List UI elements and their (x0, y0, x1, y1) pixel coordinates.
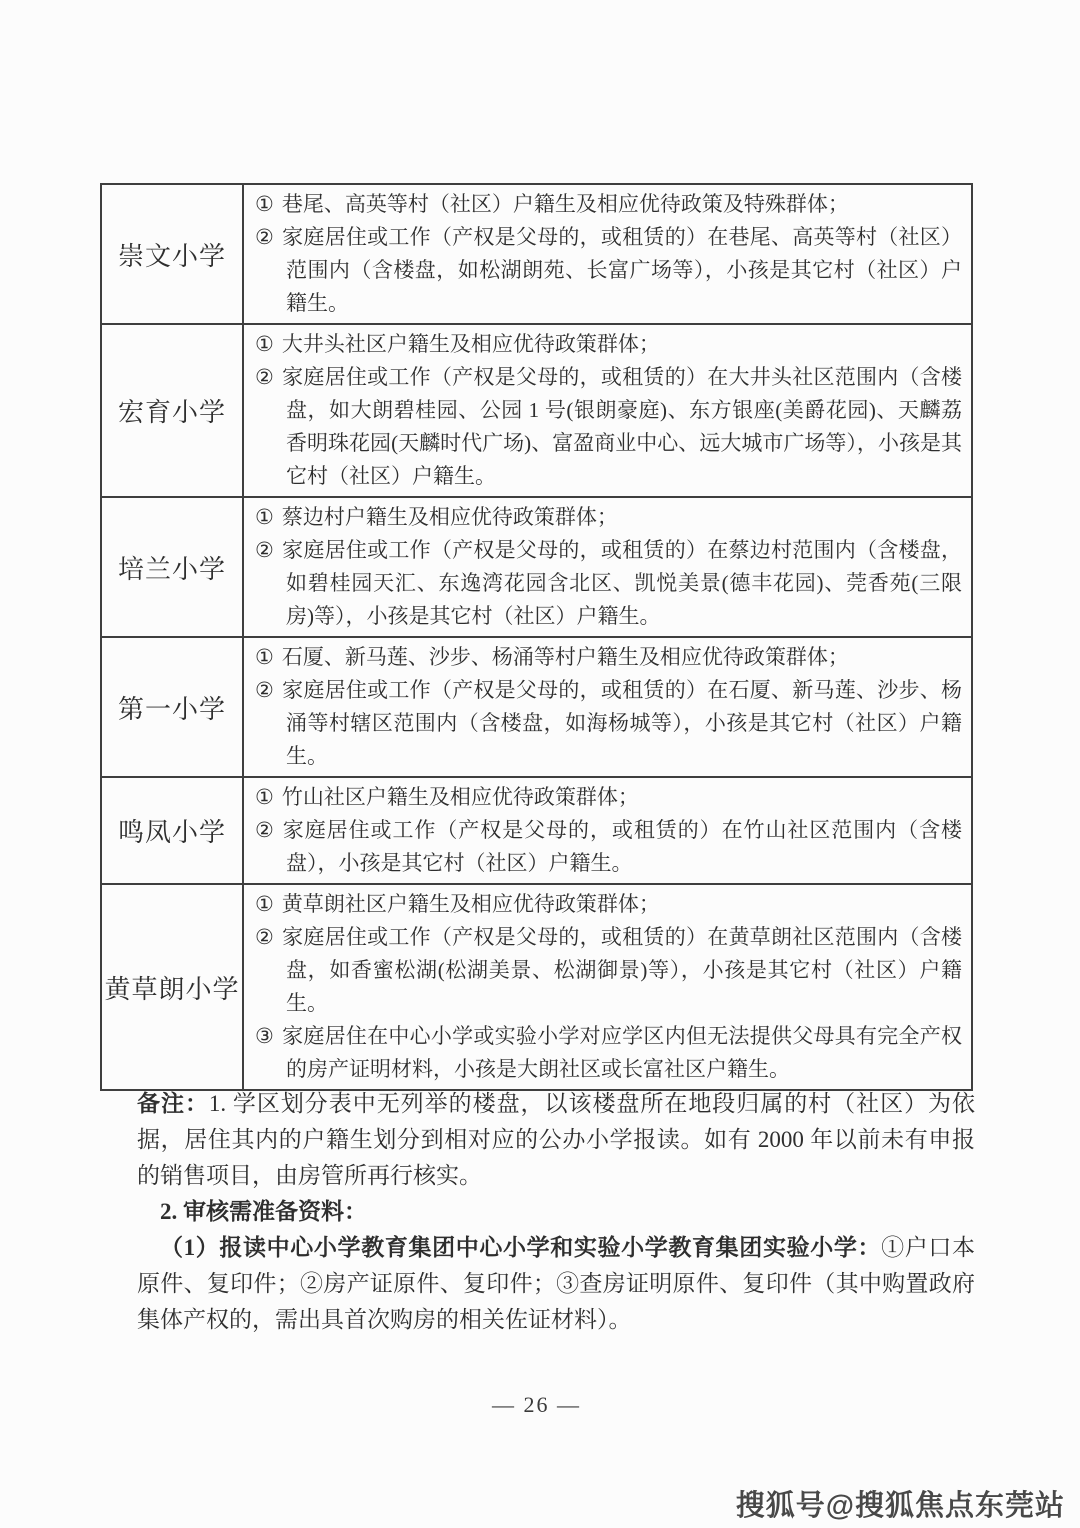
school-name: 崇文小学 (118, 236, 226, 273)
criteria-text: 家庭居住或工作（产权是父母的，或租赁的）在蔡边村范围内（含楼盘，如碧桂园天汇、东… (282, 538, 962, 628)
school-criteria-cell: ①蔡边村户籍生及相应优待政策群体； ②家庭居住或工作（产权是父母的，或租赁的）在… (244, 498, 971, 636)
circled-number-icon: ① (255, 892, 274, 916)
note-materials-heading: 2. 审核需准备资料： (137, 1194, 975, 1230)
circled-number-icon: ① (255, 785, 274, 809)
table-row: 第一小学 ①石厦、新马莲、沙步、杨涌等村户籍生及相应优待政策群体； ②家庭居住或… (102, 636, 971, 776)
school-district-table: 崇文小学 ①巷尾、高英等村（社区）户籍生及相应优待政策及特殊群体； ②家庭居住或… (100, 183, 973, 1091)
circled-number-icon: ② (255, 678, 274, 702)
criteria-text: 黄草朗社区户籍生及相应优待政策群体； (282, 892, 660, 916)
circled-number-icon: ② (255, 365, 274, 389)
note-remark: 备注：1. 学区划分表中无列举的楼盘，以该楼盘所在地段归属的村（社区）为依据，居… (137, 1086, 975, 1194)
criteria-item: ③家庭居住在中心小学或实验小学对应学区内但无法提供父母具有完全产权的房产证明材料… (255, 1020, 962, 1086)
note-materials-detail: （1）报读中心小学教育集团中心小学和实验小学教育集团实验小学：①户口本原件、复印… (137, 1230, 975, 1338)
table-row: 鸣凤小学 ①竹山社区户籍生及相应优待政策群体； ②家庭居住或工作（产权是父母的，… (102, 776, 971, 883)
criteria-text: 家庭居住或工作（产权是父母的，或租赁的）在黄草朗社区范围内（含楼盘，如香蜜松湖(… (282, 925, 962, 1015)
criteria-item: ①大井头社区户籍生及相应优待政策群体； (255, 328, 962, 361)
table-row: 培兰小学 ①蔡边村户籍生及相应优待政策群体； ②家庭居住或工作（产权是父母的，或… (102, 496, 971, 636)
circled-number-icon: ③ (255, 1024, 274, 1048)
criteria-item: ②家庭居住或工作（产权是父母的，或租赁的）在竹山社区范围内（含楼盘），小孩是其它… (255, 814, 962, 880)
criteria-text: 家庭居住在中心小学或实验小学对应学区内但无法提供父母具有完全产权的房产证明材料，… (282, 1024, 962, 1081)
school-name-cell: 鸣凤小学 (102, 778, 244, 883)
criteria-text: 家庭居住或工作（产权是父母的，或租赁的）在石厦、新马莲、沙步、杨涌等村辖区范围内… (282, 678, 962, 768)
note-materials-lead: （1）报读中心小学教育集团中心小学和实验小学教育集团实验小学： (160, 1235, 881, 1260)
circled-number-icon: ① (255, 645, 274, 669)
school-name-cell: 黄草朗小学 (102, 885, 244, 1089)
school-criteria-cell: ①大井头社区户籍生及相应优待政策群体； ②家庭居住或工作（产权是父母的，或租赁的… (244, 325, 971, 496)
school-criteria-cell: ①石厦、新马莲、沙步、杨涌等村户籍生及相应优待政策群体； ②家庭居住或工作（产权… (244, 638, 971, 776)
circled-number-icon: ② (255, 925, 274, 949)
criteria-item: ①黄草朗社区户籍生及相应优待政策群体； (255, 888, 962, 921)
criteria-item: ①蔡边村户籍生及相应优待政策群体； (255, 501, 962, 534)
circled-number-icon: ① (255, 505, 274, 529)
criteria-text: 石厦、新马莲、沙步、杨涌等村户籍生及相应优待政策群体； (282, 645, 849, 669)
criteria-item: ②家庭居住或工作（产权是父母的，或租赁的）在黄草朗社区范围内（含楼盘，如香蜜松湖… (255, 921, 962, 1020)
school-criteria-cell: ①竹山社区户籍生及相应优待政策群体； ②家庭居住或工作（产权是父母的，或租赁的）… (244, 778, 971, 883)
criteria-item: ②家庭居住或工作（产权是父母的，或租赁的）在石厦、新马莲、沙步、杨涌等村辖区范围… (255, 674, 962, 773)
school-criteria-cell: ①黄草朗社区户籍生及相应优待政策群体； ②家庭居住或工作（产权是父母的，或租赁的… (244, 885, 971, 1089)
criteria-item: ①竹山社区户籍生及相应优待政策群体； (255, 781, 962, 814)
criteria-text: 巷尾、高英等村（社区）户籍生及相应优待政策及特殊群体； (282, 192, 849, 216)
note-remark-label: 备注： (137, 1091, 209, 1116)
criteria-item: ①巷尾、高英等村（社区）户籍生及相应优待政策及特殊群体； (255, 188, 962, 221)
note-remark-text: 1. 学区划分表中无列举的楼盘，以该楼盘所在地段归属的村（社区）为依据，居住其内… (137, 1091, 975, 1188)
school-name-cell: 崇文小学 (102, 185, 244, 323)
criteria-item: ②家庭居住或工作（产权是父母的，或租赁的）在蔡边村范围内（含楼盘，如碧桂园天汇、… (255, 534, 962, 633)
criteria-text: 家庭居住或工作（产权是父母的，或租赁的）在大井头社区范围内（含楼盘，如大朗碧桂园… (282, 365, 962, 488)
school-name-cell: 培兰小学 (102, 498, 244, 636)
school-name: 培兰小学 (118, 549, 226, 586)
criteria-item: ①石厦、新马莲、沙步、杨涌等村户籍生及相应优待政策群体； (255, 641, 962, 674)
criteria-text: 蔡边村户籍生及相应优待政策群体； (282, 505, 618, 529)
page-number: — 26 — (100, 1392, 973, 1418)
table-row: 黄草朗小学 ①黄草朗社区户籍生及相应优待政策群体； ②家庭居住或工作（产权是父母… (102, 883, 971, 1089)
circled-number-icon: ① (255, 192, 274, 216)
criteria-text: 竹山社区户籍生及相应优待政策群体； (282, 785, 639, 809)
circled-number-icon: ② (255, 818, 275, 842)
criteria-text: 家庭居住或工作（产权是父母的，或租赁的）在竹山社区范围内（含楼盘），小孩是其它村… (283, 818, 962, 875)
school-name-cell: 宏育小学 (102, 325, 244, 496)
table-row: 宏育小学 ①大井头社区户籍生及相应优待政策群体； ②家庭居住或工作（产权是父母的… (102, 323, 971, 496)
criteria-item: ②家庭居住或工作（产权是父母的，或租赁的）在巷尾、高英等村（社区）范围内（含楼盘… (255, 221, 962, 320)
school-name: 第一小学 (118, 689, 226, 726)
criteria-text: 家庭居住或工作（产权是父母的，或租赁的）在巷尾、高英等村（社区）范围内（含楼盘，… (282, 225, 962, 315)
school-name: 鸣凤小学 (118, 812, 226, 849)
circled-number-icon: ① (255, 332, 274, 356)
watermark-sohu-badge: 搜狐号@搜狐焦点东莞站 (736, 1483, 1065, 1524)
school-name: 宏育小学 (118, 392, 226, 429)
table-row: 崇文小学 ①巷尾、高英等村（社区）户籍生及相应优待政策及特殊群体； ②家庭居住或… (102, 185, 971, 323)
circled-number-icon: ② (255, 538, 274, 562)
school-name-cell: 第一小学 (102, 638, 244, 776)
criteria-text: 大井头社区户籍生及相应优待政策群体； (282, 332, 660, 356)
school-name: 黄草朗小学 (104, 969, 239, 1006)
notes-section: 备注：1. 学区划分表中无列举的楼盘，以该楼盘所在地段归属的村（社区）为依据，居… (137, 1086, 975, 1338)
criteria-item: ②家庭居住或工作（产权是父母的，或租赁的）在大井头社区范围内（含楼盘，如大朗碧桂… (255, 361, 962, 493)
circled-number-icon: ② (255, 225, 274, 249)
school-criteria-cell: ①巷尾、高英等村（社区）户籍生及相应优待政策及特殊群体； ②家庭居住或工作（产权… (244, 185, 971, 323)
document-page: 崇文小学 ①巷尾、高英等村（社区）户籍生及相应优待政策及特殊群体； ②家庭居住或… (0, 0, 1080, 1528)
